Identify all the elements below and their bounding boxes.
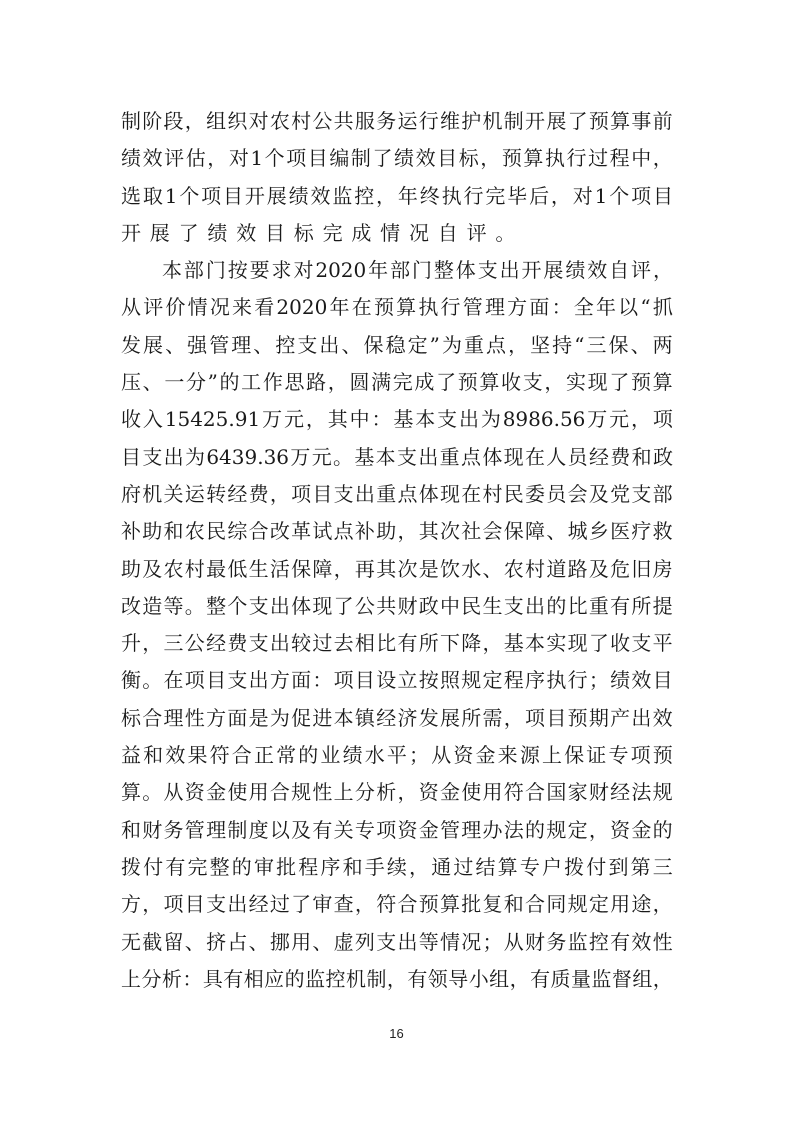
text-line: 从评价情况来看2020年在预算执行管理方面：全年以“抓 (121, 289, 673, 326)
text-line: 府机关运转经费，项目支出重点体现在村民委员会及党支部 (121, 476, 673, 513)
text-line: 方，项目支出经过了审查，符合预算批复和合同规定用途， (121, 886, 673, 923)
text-line: 本部门按要求对2020年部门整体支出开展绩效自评， (121, 252, 673, 289)
text-line: 开展了绩效目标完成情况自评。 (121, 215, 673, 252)
text-line: 和财务管理制度以及有关专项资金管理办法的规定，资金的 (121, 812, 673, 849)
text-line: 上分析：具有相应的监控机制，有领导小组，有质量监督组， (121, 961, 673, 998)
text-line: 绩效评估，对1个项目编制了绩效目标，预算执行过程中， (121, 140, 673, 177)
page-number: 16 (0, 1026, 793, 1041)
text-line: 算。从资金使用合规性上分析，资金使用符合国家财经法规 (121, 774, 673, 811)
paragraph: 制阶段，组织对农村公共服务运行维护机制开展了预算事前绩效评估，对1个项目编制了绩… (121, 103, 673, 252)
text-line: 升，三公经费支出较过去相比有所下降，基本实现了收支平 (121, 625, 673, 662)
document-page: 制阶段，组织对农村公共服务运行维护机制开展了预算事前绩效评估，对1个项目编制了绩… (0, 0, 793, 1122)
text-line: 拨付有完整的审批程序和手续，通过结算专户拨付到第三 (121, 849, 673, 886)
paragraph: 本部门按要求对2020年部门整体支出开展绩效自评，从评价情况来看2020年在预算… (121, 252, 673, 998)
text-line: 补助和农民综合改革试点补助，其次社会保障、城乡医疗救 (121, 513, 673, 550)
text-line: 益和效果符合正常的业绩水平；从资金来源上保证专项预 (121, 737, 673, 774)
text-line: 发展、强管理、控支出、保稳定”为重点，坚持“三保、两 (121, 327, 673, 364)
text-line: 制阶段，组织对农村公共服务运行维护机制开展了预算事前 (121, 103, 673, 140)
body-text: 制阶段，组织对农村公共服务运行维护机制开展了预算事前绩效评估，对1个项目编制了绩… (121, 103, 673, 998)
text-line: 目支出为6439.36万元。基本支出重点体现在人员经费和政 (121, 439, 673, 476)
text-line: 助及农村最低生活保障，再其次是饮水、农村道路及危旧房 (121, 551, 673, 588)
text-line: 标合理性方面是为促进本镇经济发展所需，项目预期产出效 (121, 700, 673, 737)
text-line: 收入15425.91万元，其中：基本支出为8986.56万元，项 (121, 401, 673, 438)
text-line: 衡。在项目支出方面：项目设立按照规定程序执行；绩效目 (121, 662, 673, 699)
text-line: 无截留、挤占、挪用、虚列支出等情况；从财务监控有效性 (121, 924, 673, 961)
text-line: 压、一分”的工作思路，圆满完成了预算收支，实现了预算 (121, 364, 673, 401)
text-line: 改造等。整个支出体现了公共财政中民生支出的比重有所提 (121, 588, 673, 625)
text-line: 选取1个项目开展绩效监控，年终执行完毕后，对1个项目 (121, 178, 673, 215)
